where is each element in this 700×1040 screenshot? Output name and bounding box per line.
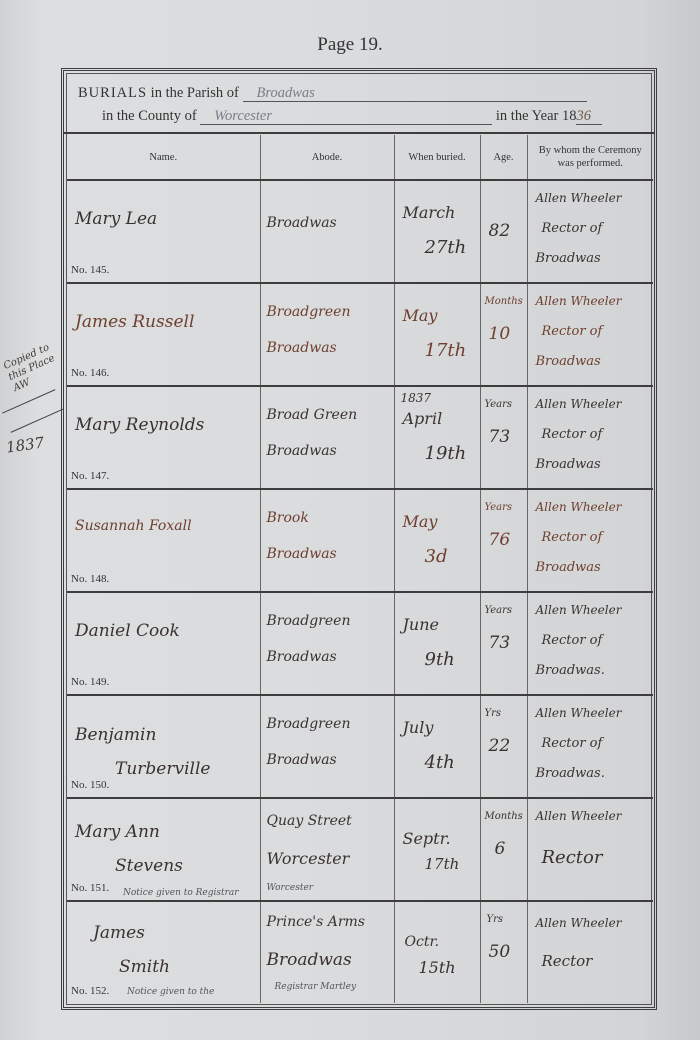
ceremony-cell: Allen Wheeler Rector of Broadwas xyxy=(527,489,653,592)
abode-cell: Broadwas xyxy=(260,180,394,283)
burial-month: May xyxy=(403,512,438,531)
officiant-name: Allen Wheeler xyxy=(536,809,622,823)
burial-day: 19th xyxy=(425,443,467,464)
age-unit: Months xyxy=(485,811,523,822)
abode-line: Broadwas xyxy=(267,752,337,768)
register-heading: BURIALS in the Parish of Broadwas in the… xyxy=(74,79,644,131)
table-header-row: Name. Abode. When buried. Age. By whom t… xyxy=(67,135,653,180)
burial-year-note: 1837 xyxy=(401,391,432,405)
abode-cell: Broad Green Broadwas xyxy=(260,386,394,489)
age-cell: Years 73 xyxy=(480,592,527,695)
burial-month: June xyxy=(403,615,440,634)
table-row: Mary Ann Stevens No. 151. Notice given t… xyxy=(67,798,653,901)
deceased-forename: James xyxy=(75,923,145,943)
deceased-surname: Smith xyxy=(75,950,255,984)
burial-date-cell: March 27th xyxy=(394,180,480,283)
age-value: 76 xyxy=(489,530,511,550)
table-row: Susannah Foxall No. 148. Brook Broadwas … xyxy=(67,489,653,592)
year-field: 36 xyxy=(576,108,602,125)
abode-line: Broadwas xyxy=(267,950,352,970)
officiant-parish: Broadwas. xyxy=(536,663,605,678)
officiant-title: Rector xyxy=(542,952,593,970)
name-cell: Susannah Foxall No. 148. xyxy=(67,489,260,592)
burial-records-table: Name. Abode. When buried. Age. By whom t… xyxy=(67,135,653,1003)
county-field: Worcester xyxy=(200,108,492,125)
name-cell: James Russell No. 146. xyxy=(67,283,260,386)
officiant-name: Allen Wheeler xyxy=(536,191,622,205)
abode-line: Broad Green xyxy=(267,407,358,423)
column-header-abode: Abode. xyxy=(260,135,394,180)
burial-day: 17th xyxy=(425,855,460,873)
ceremony-cell: Allen Wheeler Rector of Broadwas xyxy=(527,386,653,489)
deceased-name: Susannah Foxall xyxy=(75,518,192,534)
officiant-title: Rector of xyxy=(542,221,603,236)
age-cell: Yrs 22 xyxy=(480,695,527,798)
abode-line: Worcester xyxy=(267,849,350,868)
officiant-name: Allen Wheeler xyxy=(536,706,622,720)
burial-month: Septr. xyxy=(403,829,451,848)
abode-cell: Prince's Arms Broadwas Registrar Martley xyxy=(260,901,394,1003)
officiant-parish: Broadwas xyxy=(536,354,601,369)
entry-number: No. 150. xyxy=(71,779,109,791)
table-row: Daniel Cook No. 149. Broadgreen Broadwas… xyxy=(67,592,653,695)
age-cell: Years 73 xyxy=(480,386,527,489)
age-value: 50 xyxy=(489,942,511,962)
margin-annotation-year: 1837 xyxy=(5,433,45,456)
entry-number: No. 149. xyxy=(71,676,109,688)
abode-line: Broadgreen xyxy=(267,716,351,732)
ceremony-cell: Allen Wheeler Rector of Broadwas. xyxy=(527,695,653,798)
burial-month: May xyxy=(403,306,438,325)
burial-date-cell: Octr. 15th xyxy=(394,901,480,1003)
deceased-name: James Smith xyxy=(75,916,255,984)
deceased-name: Mary Ann Stevens xyxy=(75,815,255,883)
entry-number: No. 146. xyxy=(71,367,109,379)
age-value: 73 xyxy=(489,427,511,447)
abode-cell: Broadgreen Broadwas xyxy=(260,592,394,695)
age-unit: Yrs xyxy=(485,708,502,719)
county-prefix: in the County of xyxy=(102,108,197,124)
age-unit: Years xyxy=(485,605,513,616)
ceremony-cell: Allen Wheeler Rector xyxy=(527,901,653,1003)
age-unit: Months xyxy=(485,296,523,307)
burial-date-cell: June 9th xyxy=(394,592,480,695)
age-value: 82 xyxy=(489,221,511,241)
burial-date-cell: May 17th xyxy=(394,283,480,386)
age-cell: Yrs 50 xyxy=(480,901,527,1003)
age-cell: Months 6 xyxy=(480,798,527,901)
abode-cell: Quay Street Worcester Worcester xyxy=(260,798,394,901)
officiant-title: Rector of xyxy=(542,530,603,545)
deceased-forename: Mary Ann xyxy=(75,822,160,842)
abode-line: Broadwas xyxy=(267,340,337,356)
officiant-parish: Broadwas xyxy=(536,560,601,575)
burial-date-cell: 1837 April 19th xyxy=(394,386,480,489)
burial-day: 27th xyxy=(425,237,467,258)
year-prefix: in the Year 18 xyxy=(496,108,577,124)
abode-line: Prince's Arms xyxy=(267,914,365,930)
margin-annotation-lines xyxy=(2,389,64,433)
abode-line: Broadgreen xyxy=(267,613,351,629)
table-row: Mary Lea No. 145. Broadwas March 27th 82… xyxy=(67,180,653,283)
table-row: Benjamin Turberville No. 150. Broadgreen… xyxy=(67,695,653,798)
heading-divider xyxy=(64,132,654,134)
abode-note: Registrar Martley xyxy=(275,982,357,992)
entry-number: No. 147. xyxy=(71,470,109,482)
column-header-ceremony: By whom the Ceremony was performed. xyxy=(527,135,653,180)
burial-day: 9th xyxy=(425,649,455,670)
abode-line: Broadwas xyxy=(267,649,337,665)
parish-prefix: in the Parish of xyxy=(151,85,239,101)
name-cell: Daniel Cook No. 149. xyxy=(67,592,260,695)
ceremony-cell: Allen Wheeler Rector of Broadwas. xyxy=(527,592,653,695)
deceased-name: Mary Lea xyxy=(75,209,157,229)
burial-date-cell: Septr. 17th xyxy=(394,798,480,901)
abode-cell: Brook Broadwas xyxy=(260,489,394,592)
burial-day: 17th xyxy=(425,340,467,361)
age-unit: Years xyxy=(485,399,513,410)
deceased-name: James Russell xyxy=(75,312,194,332)
officiant-name: Allen Wheeler xyxy=(536,916,622,930)
age-value: 22 xyxy=(489,736,511,756)
abode-cell: Broadgreen Broadwas xyxy=(260,695,394,798)
name-cell: Mary Reynolds No. 147. xyxy=(67,386,260,489)
table-row: James Russell No. 146. Broadgreen Broadw… xyxy=(67,283,653,386)
abode-line: Broadwas xyxy=(267,443,337,459)
burial-month: March xyxy=(403,203,456,222)
heading-parish-line: BURIALS in the Parish of Broadwas xyxy=(78,85,587,102)
registrar-note: Notice given to the xyxy=(127,987,214,997)
entry-number: No. 151. xyxy=(71,882,109,894)
officiant-title: Rector of xyxy=(542,427,603,442)
abode-line: Quay Street xyxy=(267,813,352,829)
age-cell: Years 76 xyxy=(480,489,527,592)
burial-month: Octr. xyxy=(405,934,440,950)
officiant-name: Allen Wheeler xyxy=(536,603,622,617)
name-cell: Benjamin Turberville No. 150. xyxy=(67,695,260,798)
officiant-title: Rector of xyxy=(542,633,603,648)
officiant-parish: Broadwas xyxy=(536,457,601,472)
name-cell: James Smith No. 152. Notice given to the xyxy=(67,901,260,1003)
age-value: 73 xyxy=(489,633,511,653)
burial-register: BURIALS in the Parish of Broadwas in the… xyxy=(61,68,657,1010)
age-value: 10 xyxy=(489,324,511,344)
margin-annotation: Copied to this Place AW xyxy=(2,338,70,394)
officiant-parish: Broadwas. xyxy=(536,766,605,781)
deceased-name: Mary Reynolds xyxy=(75,415,204,435)
abode-cell: Broadgreen Broadwas xyxy=(260,283,394,386)
name-cell: Mary Lea No. 145. xyxy=(67,180,260,283)
deceased-surname: Stevens xyxy=(75,849,255,883)
burial-day: 4th xyxy=(425,752,455,773)
officiant-name: Allen Wheeler xyxy=(536,500,622,514)
ceremony-cell: Allen Wheeler Rector of Broadwas xyxy=(527,283,653,386)
registrar-note: Notice given to Registrar xyxy=(123,888,243,898)
officiant-title: Rector xyxy=(542,847,603,868)
officiant-parish: Broadwas xyxy=(536,251,601,266)
page-number: Page 19. xyxy=(0,34,700,56)
column-header-name: Name. xyxy=(67,135,260,180)
age-value: 6 xyxy=(495,839,506,859)
burial-date-cell: May 3d xyxy=(394,489,480,592)
burials-label: BURIALS xyxy=(78,85,147,101)
officiant-name: Allen Wheeler xyxy=(536,294,622,308)
ceremony-cell: Allen Wheeler Rector xyxy=(527,798,653,901)
burial-date-cell: July 4th xyxy=(394,695,480,798)
entry-number: No. 152. xyxy=(71,985,109,997)
column-header-when-buried: When buried. xyxy=(394,135,480,180)
entry-number: No. 145. xyxy=(71,264,109,276)
burial-day: 3d xyxy=(425,546,448,567)
burial-month: April xyxy=(403,409,443,428)
table-row: James Smith No. 152. Notice given to the… xyxy=(67,901,653,1003)
abode-note: Worcester xyxy=(267,883,314,893)
abode-line: Brook xyxy=(267,510,309,526)
burial-month: July xyxy=(403,718,434,737)
ceremony-cell: Allen Wheeler Rector of Broadwas xyxy=(527,180,653,283)
heading-county-line: in the County of Worcester in the Year 1… xyxy=(102,108,602,125)
age-unit: Years xyxy=(485,502,513,513)
age-cell: 82 xyxy=(480,180,527,283)
name-cell: Mary Ann Stevens No. 151. Notice given t… xyxy=(67,798,260,901)
entry-number: No. 148. xyxy=(71,573,109,585)
column-header-age: Age. xyxy=(480,135,527,180)
age-unit: Yrs xyxy=(487,914,504,925)
officiant-title: Rector of xyxy=(542,324,603,339)
parish-field: Broadwas xyxy=(243,85,587,102)
deceased-name: Benjamin Turberville xyxy=(75,718,255,786)
deceased-forename: Benjamin xyxy=(75,725,156,745)
officiant-title: Rector of xyxy=(542,736,603,751)
age-cell: Months 10 xyxy=(480,283,527,386)
table-row: Mary Reynolds No. 147. Broad Green Broad… xyxy=(67,386,653,489)
abode-line: Broadwas xyxy=(267,215,337,231)
abode-line: Broadwas xyxy=(267,546,337,562)
deceased-name: Daniel Cook xyxy=(75,621,180,641)
abode-line: Broadgreen xyxy=(267,304,351,320)
burial-day: 15th xyxy=(419,958,456,977)
officiant-name: Allen Wheeler xyxy=(536,397,622,411)
